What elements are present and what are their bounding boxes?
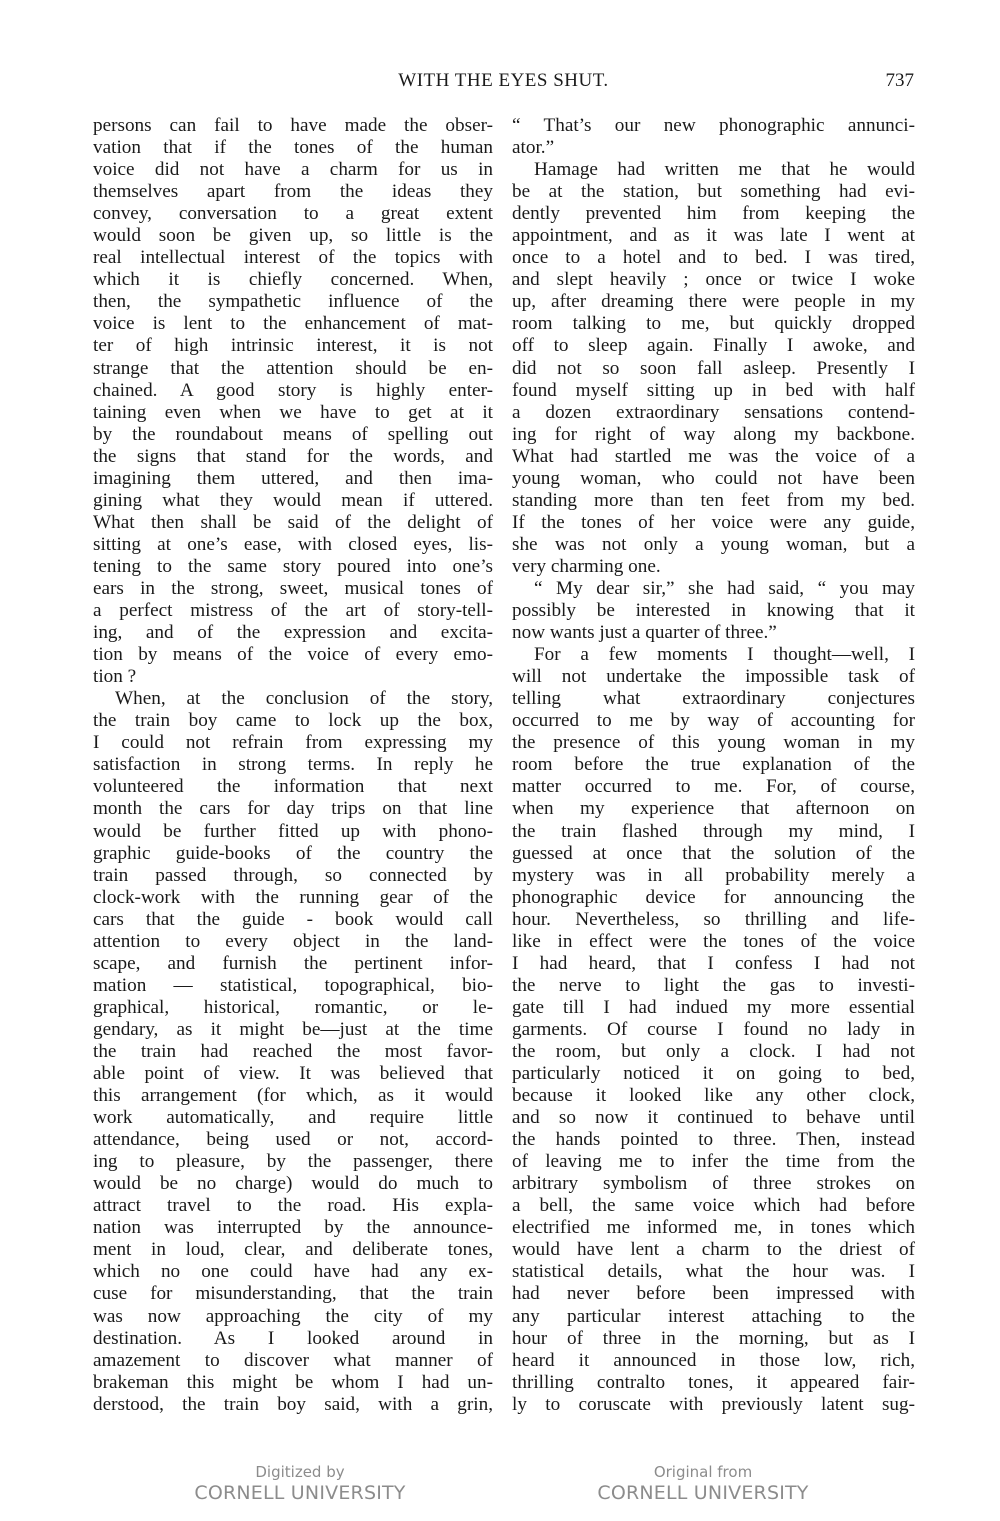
original-institution: CORNELL UNIVERSITY [573,1481,833,1505]
text-line: gate till I had indued my more essential [512,997,915,1019]
text-line: and so now it continued to behave until [512,1107,915,1129]
text-line: gendary, as it might be—just at the time [93,1019,493,1041]
text-line: had never before been impressed with [512,1283,915,1305]
text-line: I had heard, that I confess I had not [512,953,915,975]
text-line: which no one could have had any ex- [93,1261,493,1283]
text-line: graphical, historical, romantic, or le- [93,997,493,1019]
text-line: ly to coruscate with previously latent s… [512,1394,915,1416]
text-line: arbitrary symbolism of three strokes on [512,1173,915,1195]
text-line: ter of high intrinsic interest, it is no… [93,335,493,357]
text-line: attract travel to the road. His expla- [93,1195,493,1217]
text-line: thrilling contralto tones, it appeared f… [512,1372,915,1394]
text-line: matter occurred to me. For, of course, [512,776,915,798]
text-line: occurred to me by way of accounting for [512,710,915,732]
digitized-by-label: Digitized by [170,1463,430,1481]
text-line: strange that the attention should be en- [93,358,493,380]
text-line: vation that if the tones of the human [93,137,493,159]
text-line: like in effect were the tones of the voi… [512,931,915,953]
text-line: and slept heavily ; once or twice I woke [512,269,915,291]
text-line: voice did not have a charm for us in [93,159,493,181]
text-line: train passed through, so connected by [93,865,493,887]
text-line: when my experience that afternoon on [512,798,915,820]
text-line: ator.” [512,137,915,159]
text-line: would be further fitted up with phono- [93,821,493,843]
text-line: Hamage had written me that he would [512,159,915,181]
text-line: dently prevented him from keeping the [512,203,915,225]
right-text-column: “ That’s our new phonographic annunci-at… [512,115,915,1416]
text-line: would be no charge) would do much to [93,1173,493,1195]
text-line: hour. Nevertheless, so thrilling and lif… [512,909,915,931]
text-line: the signs that stand for the words, and [93,446,493,468]
text-line: tion by means of the voice of every emo- [93,644,493,666]
text-line: the presence of this young woman in my [512,732,915,754]
page-number: 737 [886,70,915,92]
text-line: telling what extraordinary conjectures [512,688,915,710]
text-line: a perfect mistress of the art of story-t… [93,600,493,622]
text-line: heard it announced in those low, rich, [512,1350,915,1372]
text-line: appointment, and as it was late I went a… [512,225,915,247]
text-line: themselves apart from the ideas they [93,181,493,203]
text-line: room talking to me, but quickly dropped [512,313,915,335]
text-line: found myself sitting up in bed with half [512,380,915,402]
text-line: this arrangement (for which, as it would [93,1085,493,1107]
text-line: off to sleep again. Finally I awoke, and [512,335,915,357]
text-line: guessed at once that the solution of the [512,843,915,865]
text-line: I could not refrain from expressing my [93,732,493,754]
left-text-column: persons can fail to have made the obser-… [93,115,493,1416]
text-line: she was not only a young woman, but a [512,534,915,556]
text-line: the train boy came to lock up the box, [93,710,493,732]
digitizer-institution: CORNELL UNIVERSITY [170,1481,430,1505]
text-line: month the cars for day trips on that lin… [93,798,493,820]
text-line: For a few moments I thought—well, I [512,644,915,666]
text-line: real intellectual interest of the topics… [93,247,493,269]
original-from-credit: Original from CORNELL UNIVERSITY [573,1463,833,1505]
text-line: derstood, the train boy said, with a gri… [93,1394,493,1416]
text-line: the train had reached the most favor- [93,1041,493,1063]
text-line: of leaving me to infer the time from the [512,1151,915,1173]
text-line: young woman, who could not have been [512,468,915,490]
text-line: imagining them uttered, and then ima- [93,468,493,490]
text-line: taining even when we have to get at it [93,402,493,424]
text-line: brakeman this might be whom I had un- [93,1372,493,1394]
text-line: would have lent a charm to the driest of [512,1239,915,1261]
text-line: was now approaching the city of my [93,1306,493,1328]
text-line: attendance, being used or not, accord- [93,1129,493,1151]
text-line: work automatically, and require little [93,1107,493,1129]
text-line: a dozen extraordinary sensations contend… [512,402,915,424]
text-line: garments. Of course I found no lady in [512,1019,915,1041]
text-line: electrified me informed me, in tones whi… [512,1217,915,1239]
text-line: would soon be given up, so little is the [93,225,493,247]
text-line: satisfaction in strong terms. In reply h… [93,754,493,776]
text-line: mystery was in all probability merely a [512,865,915,887]
text-line: statistical details, what the hour was. … [512,1261,915,1283]
text-line: ing for right of way along my backbone. [512,424,915,446]
text-line: destination. As I looked around in [93,1328,493,1350]
text-line: up, after dreaming there were people in … [512,291,915,313]
text-line: particularly noticed it on going to bed, [512,1063,915,1085]
text-line: because it looked like any other clock, [512,1085,915,1107]
digitized-by-credit: Digitized by CORNELL UNIVERSITY [170,1463,430,1505]
text-line: voice is lent to the enhancement of mat- [93,313,493,335]
text-line: once to a hotel and to bed. I was tired, [512,247,915,269]
text-line: volunteered the information that next [93,776,493,798]
text-line: cuse for misunderstanding, that the trai… [93,1283,493,1305]
text-line: ing to pleasure, by the passenger, there [93,1151,493,1173]
original-from-label: Original from [573,1463,833,1481]
text-line: amazement to discover what manner of [93,1350,493,1372]
text-line: chained. A good story is highly enter- [93,380,493,402]
text-line: hour of three in the morning, but as I [512,1328,915,1350]
text-line: ing, and of the expression and excita- [93,622,493,644]
text-line: scape, and furnish the pertinent infor- [93,953,493,975]
text-line: What then shall be said of the delight o… [93,512,493,534]
running-title: WITH THE EYES SHUT. [93,70,914,92]
text-line: possibly be interested in knowing that i… [512,600,915,622]
text-line: ment in loud, clear, and deliberate tone… [93,1239,493,1261]
text-line: able point of view. It was believed that [93,1063,493,1085]
text-line: ears in the strong, sweet, musical tones… [93,578,493,600]
text-line: tion ? [93,666,493,688]
text-line: which it is chiefly concerned. When, [93,269,493,291]
text-line: be at the station, but something had evi… [512,181,915,203]
text-line: cars that the guide - book would call [93,909,493,931]
text-line: did not so soon fall asleep. Presently I [512,358,915,380]
text-line: now wants just a quarter of three.” [512,622,915,644]
text-line: sitting at one’s ease, with closed eyes,… [93,534,493,556]
page-header: WITH THE EYES SHUT. 737 [93,70,914,96]
text-line: clock-work with the running gear of the [93,887,493,909]
text-line: nation was interrupted by the announce- [93,1217,493,1239]
text-line: convey, conversation to a great extent [93,203,493,225]
text-line: attention to every object in the land- [93,931,493,953]
text-line: gining what they would mean if uttered. [93,490,493,512]
text-line: “ My dear sir,” she had said, “ you may [512,578,915,600]
text-line: the nerve to light the gas to investi- [512,975,915,997]
text-line: any particular interest attaching to the [512,1306,915,1328]
text-line: the hands pointed to three. Then, instea… [512,1129,915,1151]
text-line: graphic guide-books of the country the [93,843,493,865]
text-line: then, the sympathetic influence of the [93,291,493,313]
text-line: standing more than ten feet from my bed. [512,490,915,512]
text-line: the room, but only a clock. I had not [512,1041,915,1063]
text-line: “ That’s our new phonographic annunci- [512,115,915,137]
text-line: If the tones of her voice were any guide… [512,512,915,534]
text-line: What had startled me was the voice of a [512,446,915,468]
text-line: mation — statistical, topographical, bio… [93,975,493,997]
text-line: persons can fail to have made the obser- [93,115,493,137]
text-line: tening to the same story poured into one… [93,556,493,578]
text-line: by the roundabout means of spelling out [93,424,493,446]
text-line: When, at the conclusion of the story, [93,688,493,710]
text-line: room before the true explanation of the [512,754,915,776]
text-line: will not undertake the impossible task o… [512,666,915,688]
text-line: phonographic device for announcing the [512,887,915,909]
text-line: very charming one. [512,556,915,578]
text-line: the train flashed through my mind, I [512,821,915,843]
text-line: a bell, the same voice which had before [512,1195,915,1217]
